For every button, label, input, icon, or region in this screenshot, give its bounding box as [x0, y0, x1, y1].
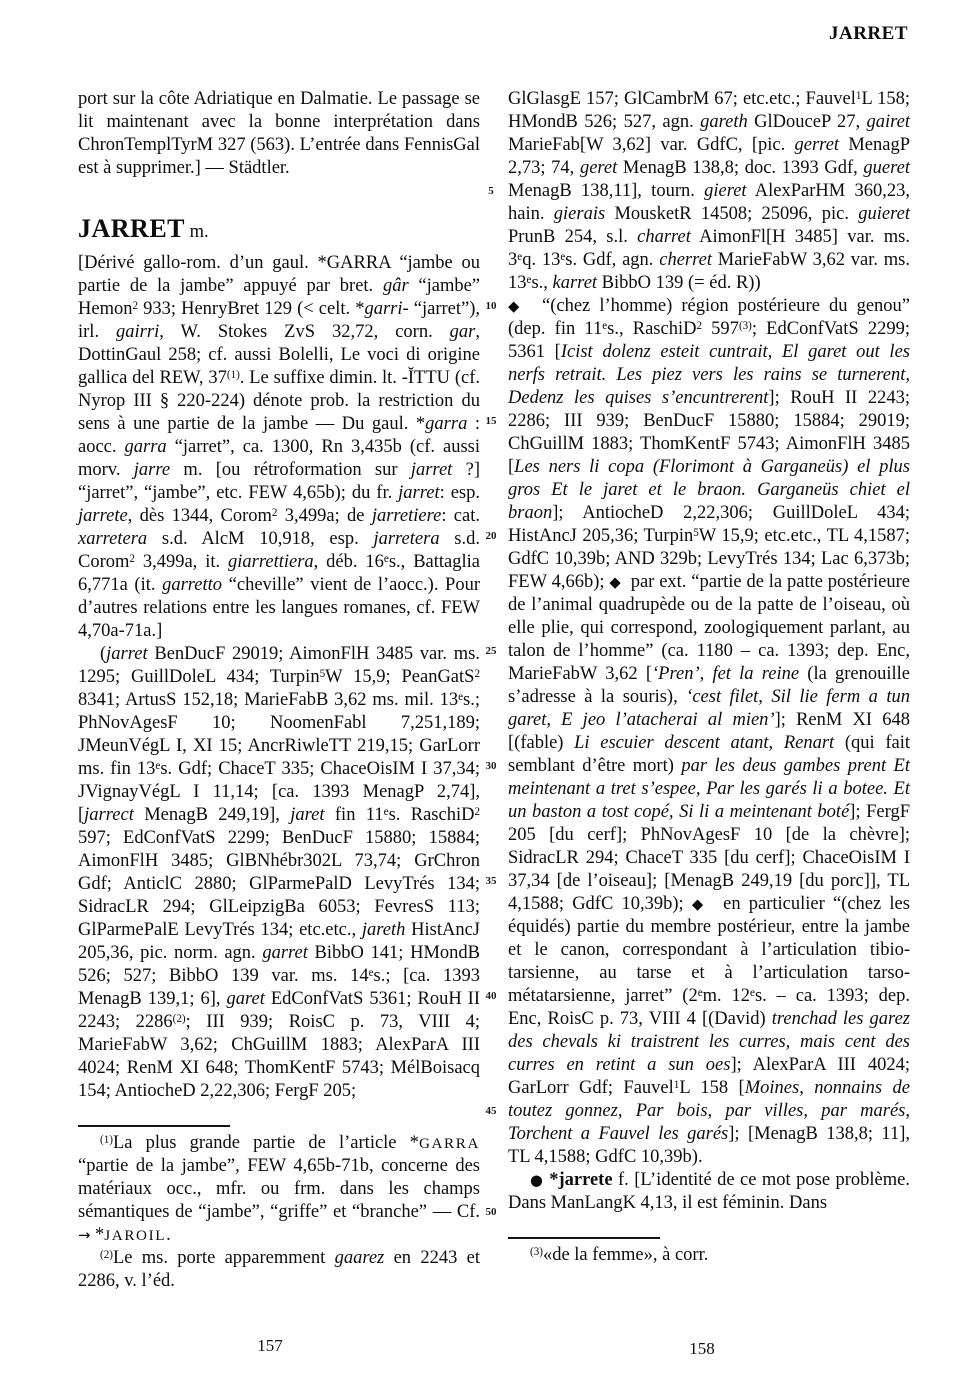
footnotes-right: (3)«de la femme», à corr. [508, 1237, 910, 1267]
footnote-1: (1)La plus grande partie de l’article *G… [78, 1132, 480, 1247]
footnote-separator-left [78, 1125, 230, 1127]
page-number-right: 158 [672, 1337, 732, 1360]
line-number: 30 [478, 759, 504, 773]
paragraph-senses: ◆ “(chez l’homme) région postérieure du … [508, 295, 910, 1169]
paragraph-etymology: [Dérivé gallo-rom. d’un gaul. *GARRA “ja… [78, 252, 480, 643]
footnote-2: (2)Le ms. porte apparemment gaarez en 22… [78, 1247, 480, 1293]
line-number: 45 [478, 1104, 504, 1118]
paragraph-continuation: port sur la côte Adriatique en Dalmatie.… [78, 88, 480, 180]
paragraph-attestations: (jarret BenDucF 29019; AimonFlH 3485 var… [78, 643, 480, 1103]
line-number: 35 [478, 874, 504, 888]
page-number-left: 157 [240, 1334, 300, 1357]
line-number: 25 [478, 644, 504, 658]
headword-line: JARRET m. [78, 217, 480, 244]
paragraph-jarrete-entry: ● *jarrete f. [L’identité de ce mot pose… [508, 1169, 910, 1215]
right-column: GlGlasgE 157; GlCambrM 67; etc.etc.; Fau… [508, 88, 910, 1267]
footnote-3: (3)«de la femme», à corr. [508, 1244, 910, 1267]
paragraph-variant-forms: GlGlasgE 157; GlCambrM 67; etc.etc.; Fau… [508, 88, 910, 295]
line-number: 20 [478, 529, 504, 543]
footnotes-left: (1)La plus grande partie de l’article *G… [78, 1125, 480, 1293]
running-header: JARRET [829, 22, 908, 45]
footnote-separator-right [508, 1237, 660, 1239]
dictionary-page: JARRET port sur la côte Adriatique en Da… [0, 0, 960, 1400]
line-number: 15 [478, 414, 504, 428]
line-number: 40 [478, 989, 504, 1003]
line-number: 5 [478, 184, 504, 198]
line-number: 50 [478, 1205, 504, 1219]
line-number: 10 [478, 299, 504, 313]
left-column: port sur la côte Adriatique en Dalmatie.… [78, 88, 480, 1293]
